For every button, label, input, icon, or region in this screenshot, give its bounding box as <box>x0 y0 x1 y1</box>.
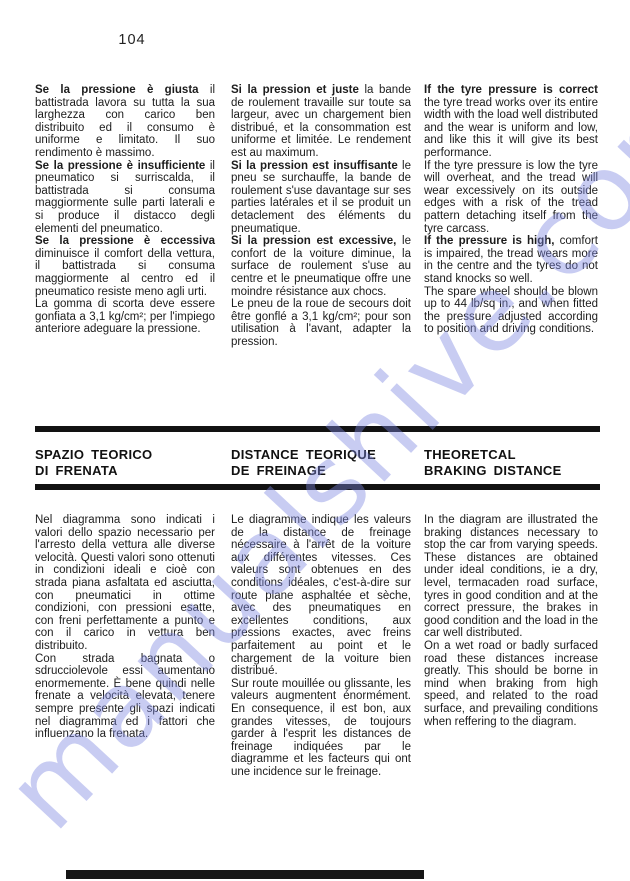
paragraph: Si la pression est excessive, le confort… <box>231 235 411 298</box>
paragraph: Se la pressione è eccessiva diminuisce i… <box>35 235 215 298</box>
paragraph: Se la pressione è insufficiente il pneum… <box>35 160 215 236</box>
paragraph-text: Con strada bagnata o sdrucciolevole essi… <box>35 653 215 741</box>
page-bottom-rule <box>66 870 424 879</box>
pressure-column-italian: Se la pressione è giusta il battistrada … <box>35 84 215 348</box>
tyre-pressure-section: Se la pressione è giusta il battistrada … <box>35 84 601 348</box>
heading-english: THEORETCAL BRAKING DISTANCE <box>424 447 598 479</box>
heading-line: DISTANCE TEORIQUE <box>231 447 411 463</box>
paragraph-text: Sur route mouillée ou glissante, les val… <box>231 678 411 778</box>
paragraph: Nel diagramma sono indicati i valori del… <box>35 514 215 653</box>
heading-line: BRAKING DISTANCE <box>424 463 598 479</box>
paragraph: La gomma di scorta deve essere gonfiata … <box>35 298 215 336</box>
paragraph: If the tyre pressure is low the tyre wil… <box>424 160 598 236</box>
paragraph: If the tyre pressure is correct the tyre… <box>424 84 598 160</box>
paragraph-text: Nel diagramma sono indicati i valori del… <box>35 514 215 652</box>
heading-line: SPAZIO TEORICO <box>35 447 215 463</box>
paragraph: Le diagramme indique les valeurs de la d… <box>231 514 411 678</box>
paragraph: Si la pression est insuffisante le pneu … <box>231 160 411 236</box>
section-headings: SPAZIO TEORICO DI FRENATA DISTANCE TEORI… <box>35 447 601 479</box>
paragraph: Sur route mouillée ou glissante, les val… <box>231 678 411 779</box>
page-number: 104 <box>110 32 154 48</box>
heading-french: DISTANCE TEORIQUE DE FREINAGE <box>231 447 411 479</box>
paragraph-text: Le diagramme indique les valeurs de la d… <box>231 514 411 677</box>
paragraph-lead: Se la pressione è insufficiente <box>35 160 205 172</box>
paragraph-text: diminuisce il comfort della vettura, il … <box>35 248 215 298</box>
pressure-column-english: If the tyre pressure is correct the tyre… <box>424 84 598 348</box>
paragraph: In the diagram are illustrated the braki… <box>424 514 598 640</box>
paragraph-text: In the diagram are illustrated the braki… <box>424 514 598 639</box>
paragraph: On a wet road or badly surfaced road the… <box>424 640 598 728</box>
paragraph: Le pneu de la roue de secours doit être … <box>231 298 411 348</box>
paragraph-lead: If the pressure is high, <box>424 235 555 247</box>
paragraph-lead: Si la pression est insuffisante <box>231 160 398 172</box>
braking-column-english: In the diagram are illustrated the braki… <box>424 514 598 778</box>
paragraph-text: If the tyre pressure is low the tyre wil… <box>424 160 598 235</box>
paragraph-text: On a wet road or badly surfaced road the… <box>424 640 598 728</box>
section-divider-rule <box>35 484 600 490</box>
braking-distance-section: Nel diagramma sono indicati i valori del… <box>35 514 601 778</box>
paragraph-text: Le pneu de la roue de secours doit être … <box>231 298 411 348</box>
paragraph-lead: Si la pression et juste <box>231 84 359 96</box>
paragraph-text: La gomma di scorta deve essere gonfiata … <box>35 298 215 335</box>
heading-italian: SPAZIO TEORICO DI FRENATA <box>35 447 215 479</box>
paragraph-text: The spare wheel should be blown up to 44… <box>424 286 598 336</box>
heading-line: THEORETCAL <box>424 447 598 463</box>
braking-column-french: Le diagramme indique les valeurs de la d… <box>231 514 411 778</box>
paragraph: Se la pressione è giusta il battistrada … <box>35 84 215 160</box>
heading-line: DI FRENATA <box>35 463 215 479</box>
paragraph: Si la pression et juste la bande de roul… <box>231 84 411 160</box>
paragraph-text: the tyre tread works over its entire wid… <box>424 97 598 159</box>
paragraph: Con strada bagnata o sdrucciolevole essi… <box>35 653 215 741</box>
paragraph: If the pressure is high, comfort is impa… <box>424 235 598 285</box>
braking-column-italian: Nel diagramma sono indicati i valori del… <box>35 514 215 778</box>
paragraph-lead: Si la pression est excessive, <box>231 235 396 247</box>
paragraph: The spare wheel should be blown up to 44… <box>424 286 598 336</box>
heading-line: DE FREINAGE <box>231 463 411 479</box>
section-divider-rule <box>35 426 600 432</box>
paragraph-lead: If the tyre pressure is correct <box>424 84 598 96</box>
pressure-column-french: Si la pression et juste la bande de roul… <box>231 84 411 348</box>
paragraph-lead: Se la pressione è eccessiva <box>35 235 215 247</box>
paragraph-lead: Se la pressione è giusta <box>35 84 199 96</box>
